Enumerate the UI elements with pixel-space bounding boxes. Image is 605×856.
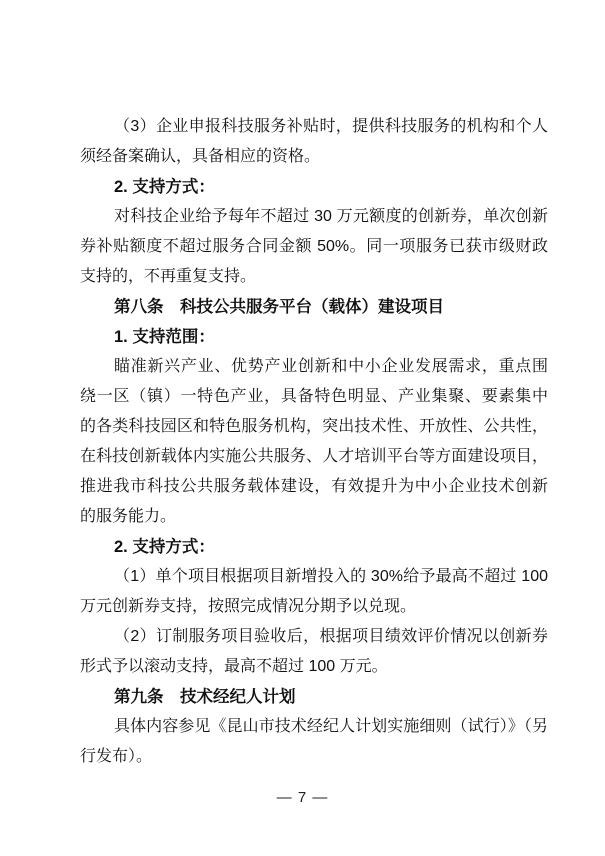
- text-line: 对科技企业给予每年不超过 30 万元额度的创新券，单次创新: [80, 202, 548, 232]
- text-line: 推进我市科技公共服务载体建设，有效提升为中小企业技术创新: [80, 472, 548, 502]
- page-number: — 7 —: [0, 783, 605, 813]
- text-line: （2）订制服务项目验收后，根据项目绩效评价情况以创新券: [80, 622, 548, 652]
- text-line: 券补贴额度不超过服务合同金额 50%。同一项服务已获市级财政: [80, 232, 548, 262]
- document-text-block: （3）企业申报科技服务补贴时，提供科技服务的机构和个人 须经备案确认，具备相应的…: [80, 112, 548, 772]
- text-line: 形式予以滚动支持，最高不超过 100 万元。: [80, 652, 548, 682]
- text-line: （3）企业申报科技服务补贴时，提供科技服务的机构和个人: [80, 112, 548, 142]
- text-line: 须经备案确认，具备相应的资格。: [80, 142, 548, 172]
- article-heading: 第九条 技术经纪人计划: [80, 682, 548, 712]
- section-subheading: 2. 支持方式：: [80, 172, 548, 202]
- section-subheading: 2. 支持方式：: [80, 532, 548, 562]
- text-line: 瞄准新兴产业、优势产业创新和中小企业发展需求，重点围: [80, 352, 548, 382]
- text-line: 具体内容参见《昆山市技术经纪人计划实施细则（试行）》（另: [80, 712, 548, 742]
- text-line: 绕一区（镇）一特色产业，具备特色明显、产业集聚、要素集中: [80, 382, 548, 412]
- text-line: 在科技创新载体内实施公共服务、人才培训平台等方面建设项目，: [80, 442, 548, 472]
- text-line: 行发布）。: [80, 742, 548, 772]
- text-line: （1）单个项目根据项目新增投入的 30%给予最高不超过 100: [80, 562, 548, 592]
- text-line: 的服务能力。: [80, 502, 548, 532]
- document-page: （3）企业申报科技服务补贴时，提供科技服务的机构和个人 须经备案确认，具备相应的…: [0, 0, 605, 856]
- text-line: 万元创新券支持，按照完成情况分期予以兑现。: [80, 592, 548, 622]
- text-line: 的各类科技园区和特色服务机构，突出技术性、开放性、公共性，: [80, 412, 548, 442]
- section-subheading: 1. 支持范围：: [80, 322, 548, 352]
- text-line: 支持的，不再重复支持。: [80, 262, 548, 292]
- article-heading: 第八条 科技公共服务平台（载体）建设项目: [80, 292, 548, 322]
